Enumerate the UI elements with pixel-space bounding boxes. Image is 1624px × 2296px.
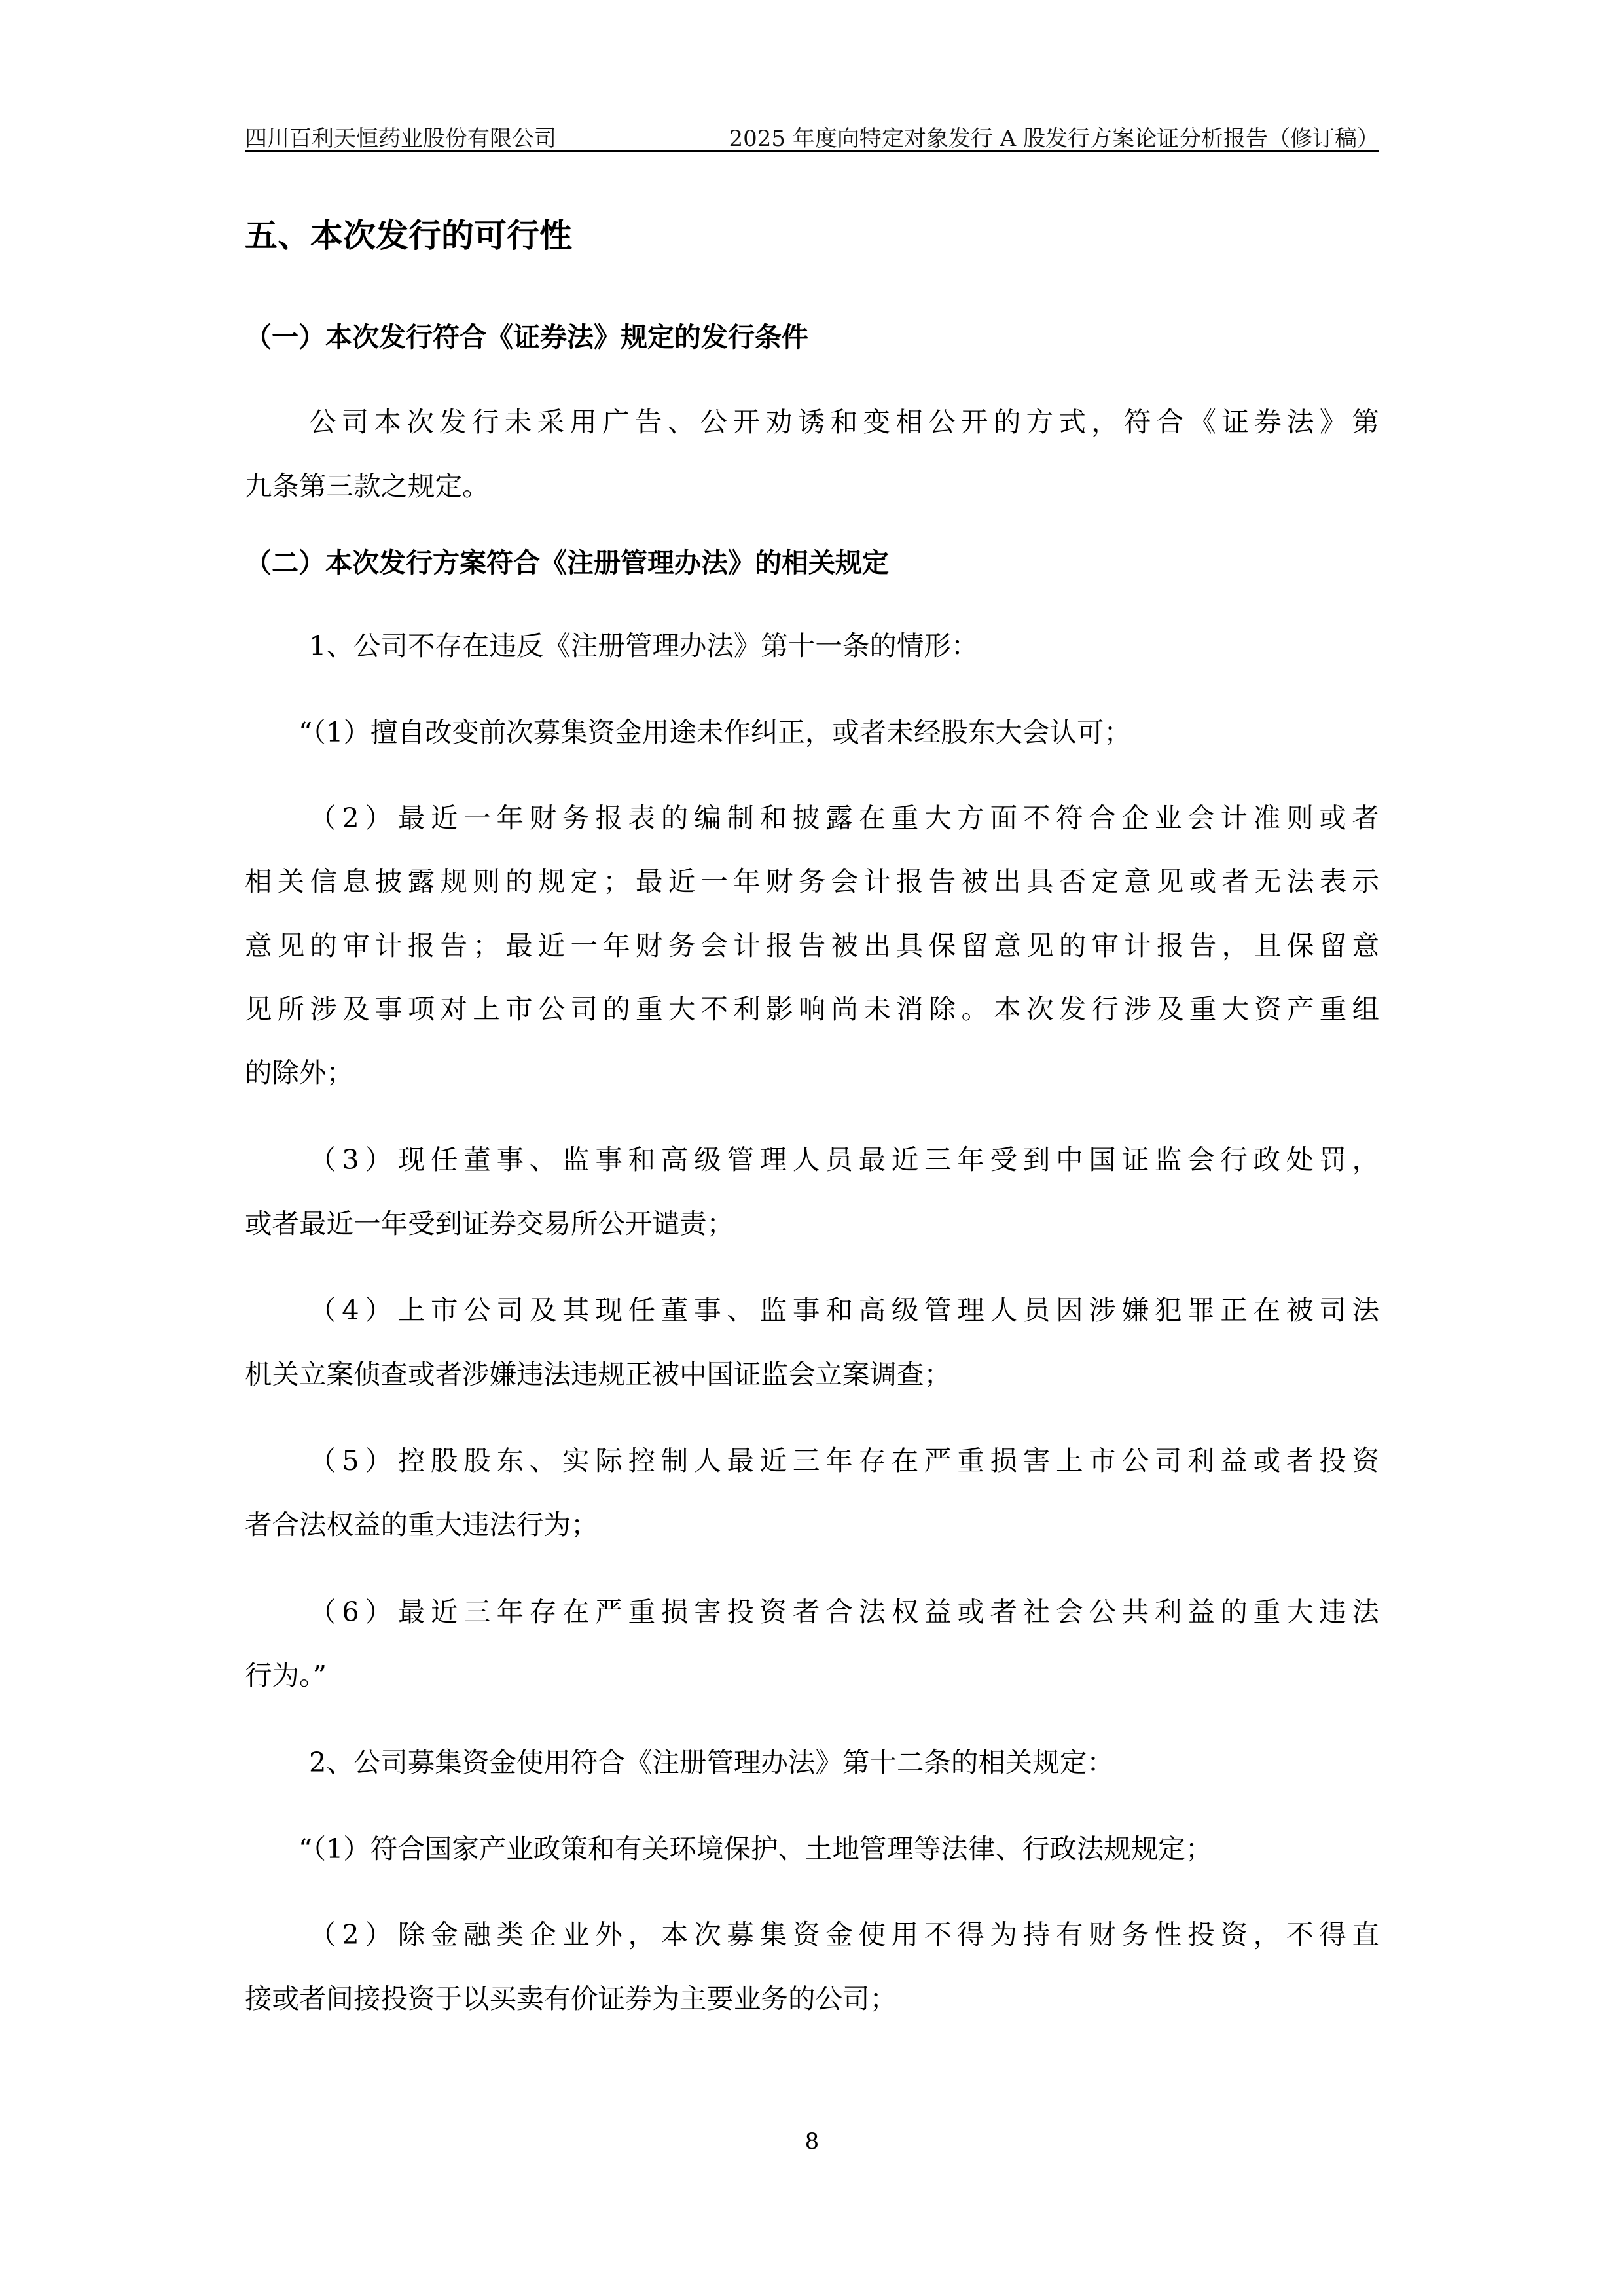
- subsection-title-1: （一）本次发行符合《证券法》规定的发行条件: [245, 321, 808, 353]
- clause-4-line: （4）上市公司及其现任董事、监事和高级管理人员因涉嫌犯罪正在被司法: [245, 1294, 1379, 1327]
- list-item-intro: 1、公司不存在违反《注册管理办法》第十一条的情形：: [245, 630, 1379, 662]
- subsection-title-2: （二）本次发行方案符合《注册管理办法》的相关规定: [245, 547, 889, 579]
- clause-2-line: 相关信息披露规则的规定；最近一年财务会计报告被出具否定意见或者无法表示: [245, 865, 1379, 898]
- clause-5-line: （5）控股股东、实际控制人最近三年存在严重损害上市公司利益或者投资: [245, 1444, 1379, 1477]
- clause-2-line: （2）除金融类企业外，本次募集资金使用不得为持有财务性投资，不得直: [245, 1918, 1379, 1951]
- clause-1: “（1）擅自改变前次募集资金用途未作纠正，或者未经股东大会认可；: [245, 716, 1379, 749]
- section-title: 五、本次发行的可行性: [245, 216, 572, 255]
- clause-1: “（1）符合国家产业政策和有关环境保护、土地管理等法律、行政法规规定；: [245, 1833, 1379, 1865]
- clause-6-line: （6）最近三年存在严重损害投资者合法权益或者社会公共利益的重大违法: [245, 1596, 1379, 1628]
- header-company-name: 四川百利天恒药业股份有限公司: [245, 126, 556, 152]
- clause-2-line: （2）最近一年财务报表的编制和披露在重大方面不符合企业会计准则或者: [245, 802, 1379, 834]
- list-item-intro: 2、公司募集资金使用符合《注册管理办法》第十二条的相关规定：: [245, 1746, 1379, 1779]
- clause-2-line: 见所涉及事项对上市公司的重大不利影响尚未消除。本次发行涉及重大资产重组: [245, 993, 1379, 1026]
- clause-2-line: 的除外；: [245, 1056, 1379, 1089]
- clause-2-line: 接或者间接投资于以买卖有价证券为主要业务的公司；: [245, 1982, 1379, 2015]
- clause-3-line: 或者最近一年受到证券交易所公开谴责；: [245, 1208, 1379, 1240]
- header-report-title: 2025 年度向特定对象发行 A 股发行方案论证分析报告（修订稿）: [729, 126, 1379, 152]
- page-header: 四川百利天恒药业股份有限公司 2025 年度向特定对象发行 A 股发行方案论证分…: [245, 115, 1379, 152]
- clause-2-line: 意见的审计报告；最近一年财务会计报告被出具保留意见的审计报告，且保留意: [245, 929, 1379, 962]
- clause-6-line: 行为。”: [245, 1659, 1379, 1692]
- clause-3-line: （3）现任董事、监事和高级管理人员最近三年受到中国证监会行政处罚，: [245, 1143, 1379, 1176]
- header-divider: [245, 150, 1379, 152]
- clause-5-line: 者合法权益的重大违法行为；: [245, 1509, 1379, 1541]
- document-page: 四川百利天恒药业股份有限公司 2025 年度向特定对象发行 A 股发行方案论证分…: [0, 0, 1624, 2296]
- page-number: 8: [0, 2128, 1624, 2155]
- paragraph-line: 九条第三款之规定。: [245, 470, 1379, 503]
- clause-4-line: 机关立案侦查或者涉嫌违法违规正被中国证监会立案调查；: [245, 1358, 1379, 1391]
- paragraph-line: 公司本次发行未采用广告、公开劝诱和变相公开的方式，符合《证券法》第: [245, 406, 1379, 439]
